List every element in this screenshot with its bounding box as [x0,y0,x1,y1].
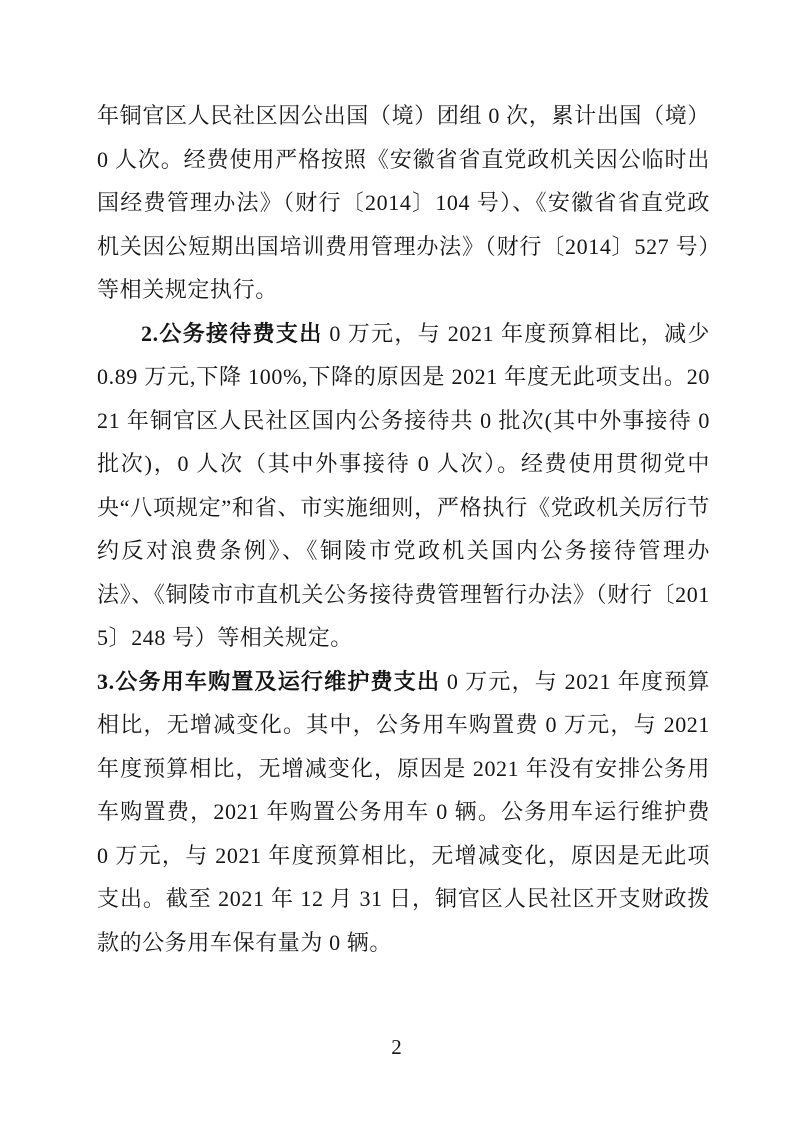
paragraph-text-run: 0 万元，与 2021 年度预算相比，减少 0.89 万元,下降 100%,下降… [97,321,710,651]
paragraph-text-run: 年铜官区人民社区因公出国（境）团组 0 次，累计出国（境）0 人次。经费使用严格… [97,103,710,302]
paragraph-bold-run: 3.公务用车购置及运行维护费支出 [97,669,440,694]
paragraph-bold-run: 2.公务接待费支出 [141,321,323,346]
document-page: 年铜官区人民社区因公出国（境）团组 0 次，累计出国（境）0 人次。经费使用严格… [0,0,793,1122]
paragraph-text-run: 0 万元，与 2021 年度预算相比，无增减变化。其中，公务用车购置费 0 万元… [97,669,710,955]
paragraph: 3.公务用车购置及运行维护费支出 0 万元，与 2021 年度预算相比，无增减变… [97,660,710,965]
paragraph: 2.公务接待费支出 0 万元，与 2021 年度预算相比，减少 0.89 万元,… [97,312,710,660]
paragraph: 年铜官区人民社区因公出国（境）团组 0 次，累计出国（境）0 人次。经费使用严格… [97,94,710,312]
document-body: 年铜官区人民社区因公出国（境）团组 0 次，累计出国（境）0 人次。经费使用严格… [97,94,710,964]
page-number: 2 [0,1032,793,1062]
